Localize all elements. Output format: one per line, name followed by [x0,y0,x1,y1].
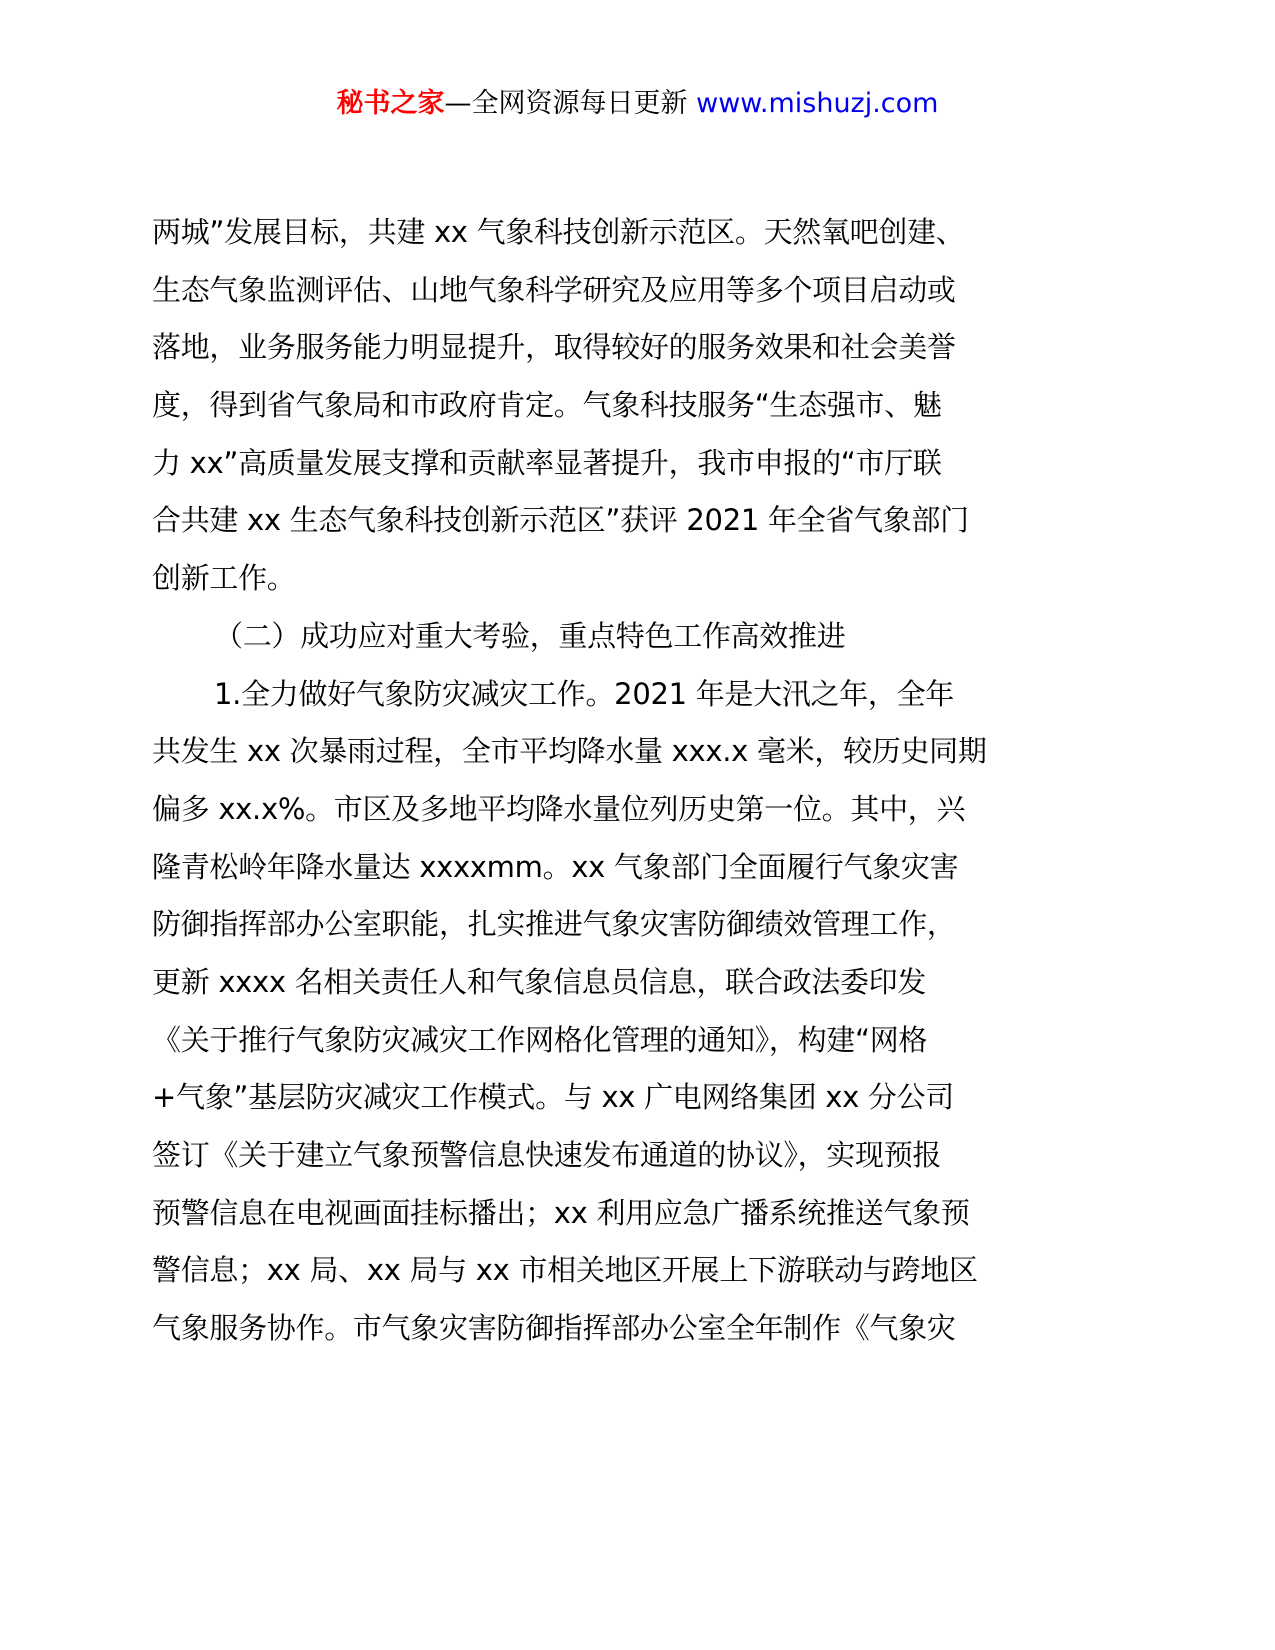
text-line: 度，得到省气象局和市政府肯定。气象科技服务“生态强市、魅 [152,380,1112,438]
text-line: 更新 xxxx 名相关责任人和气象信息员信息，联合政法委印发 [152,957,1112,1015]
document-body: 两城”发展目标，共建 xx 气象科技创新示范区。天然氧吧创建、 生态气象监测评估… [152,207,1112,1361]
text-line: 《关于推行气象防灾减灾工作网格化管理的通知》，构建“网格 [152,1015,1112,1073]
brand-name: 秘书之家 [337,88,445,119]
text-line: 气象服务协作。市气象灾害防御指挥部办公室全年制作《气象灾 [152,1303,1112,1361]
text-line: 合共建 xx 生态气象科技创新示范区”获评 2021 年全省气象部门 [152,495,1112,553]
text-line: 创新工作。 [152,553,1112,611]
text-line: 偏多 xx.x%。市区及多地平均降水量位列历史第一位。其中，兴 [152,784,1112,842]
text-line: 两城”发展目标，共建 xx 气象科技创新示范区。天然氧吧创建、 [152,207,1112,265]
page-header: 秘书之家—全网资源每日更新 www.mishuzj.com [0,84,1275,124]
text-line: 落地，业务服务能力明显提升，取得较好的服务效果和社会美誉 [152,322,1112,380]
section-heading: （二）成功应对重大考验，重点特色工作高效推进 [152,611,1112,669]
text-line: 签订《关于建立气象预警信息快速发布通道的协议》，实现预报 [152,1130,1112,1188]
text-line: 力 xx”高质量发展支撑和贡献率显著提升，我市申报的“市厅联 [152,438,1112,496]
text-line: 共发生 xx 次暴雨过程，全市平均降水量 xxx.x 毫米，较历史同期 [152,726,1112,784]
text-line: +气象”基层防灾减灾工作模式。与 xx 广电网络集团 xx 分公司 [152,1072,1112,1130]
paragraph-start: 1.全力做好气象防灾减灾工作。2021 年是大汛之年，全年 [152,669,1112,727]
header-slogan: —全网资源每日更新 [445,88,697,119]
text-line: 隆青松岭年降水量达 xxxxmm。xx 气象部门全面履行气象灾害 [152,842,1112,900]
text-line: 预警信息在电视画面挂标播出；xx 利用应急广播系统推送气象预 [152,1188,1112,1246]
text-line: 生态气象监测评估、山地气象科学研究及应用等多个项目启动或 [152,265,1112,323]
text-line: 防御指挥部办公室职能，扎实推进气象灾害防御绩效管理工作， [152,899,1112,957]
site-url-link[interactable]: www.mishuzj.com [696,88,938,119]
text-line: 警信息；xx 局、xx 局与 xx 市相关地区开展上下游联动与跨地区 [152,1245,1112,1303]
